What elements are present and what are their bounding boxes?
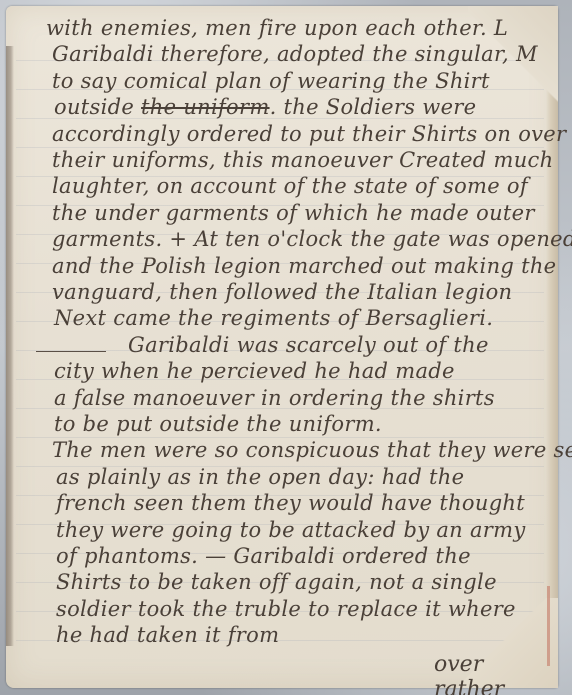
catchword-footer: over rather	[434, 652, 558, 695]
text-line-23: soldier took the truble to replace it wh…	[56, 597, 516, 621]
text-line-16: to be put outside the uniform.	[54, 412, 382, 436]
paragraph-dash	[36, 351, 106, 352]
text-fragment: . the Soldiers were	[270, 95, 477, 119]
text-line-8: the under garments of which he made oute…	[52, 201, 535, 225]
text-line-11: vanguard, then followed the Italian legi…	[52, 280, 512, 304]
text-line-17: The men were so conspicuous that they we…	[52, 438, 572, 462]
text-fragment: outside	[54, 95, 141, 119]
manuscript-page: with enemies, men fire upon each other. …	[6, 6, 558, 688]
text-line-6: their uniforms, this manoeuver Created m…	[52, 148, 553, 172]
text-line-1: with enemies, men fire upon each other. …	[46, 16, 508, 40]
text-line-14: city when he percieved he had made	[54, 359, 455, 383]
text-line-5: accordingly ordered to put their Shirts …	[52, 122, 566, 146]
text-line-22: Shirts to be taken off again, not a sing…	[56, 570, 497, 594]
text-line-12: Next came the regiments of Bersaglieri.	[54, 306, 493, 330]
text-line-21: of phantoms. — Garibaldi ordered the	[56, 544, 471, 568]
text-line-10: and the Polish legion marched out making…	[52, 254, 556, 278]
text-line-2: Garibaldi therefore, adopted the singula…	[52, 42, 538, 66]
text-line-4: outside the uniform. the Soldiers were	[54, 95, 476, 119]
text-line-24: he had taken it from	[56, 623, 279, 647]
text-line-19: french seen them they would have thought	[56, 491, 525, 515]
text-line-3: to say comical plan of wearing the Shirt	[52, 69, 490, 93]
handwritten-text: with enemies, men fire upon each other. …	[6, 6, 558, 688]
text-line-13: Garibaldi was scarcely out of the	[128, 333, 489, 357]
struck-text: the uniform	[141, 95, 270, 119]
text-line-18: as plainly as in the open day: had the	[56, 465, 464, 489]
text-line-3-content: to say comical plan of wearing the Shirt	[52, 69, 490, 93]
text-line-7: laughter, on account of the state of som…	[52, 174, 528, 198]
text-line-15: a false manoeuver in ordering the shirts	[54, 386, 495, 410]
text-line-20: they were going to be attacked by an arm…	[56, 518, 526, 542]
text-line-9: garments. + At ten o'clock the gate was …	[52, 227, 572, 251]
